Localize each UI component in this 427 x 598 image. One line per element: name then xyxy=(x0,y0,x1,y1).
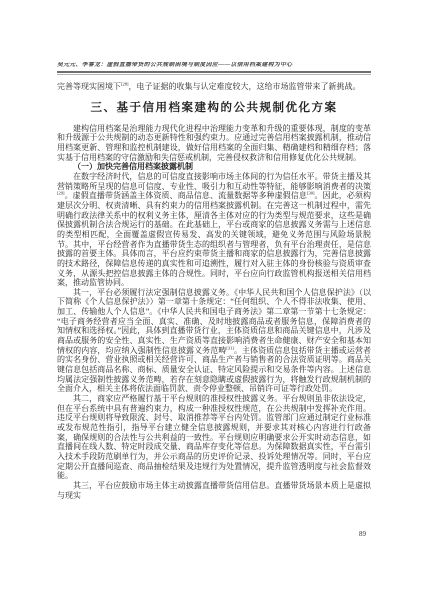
content-column: 吴元元、李睿龙：虚假直播带货的公共规制困境与制度因应——以信用档案建构为中心 完… xyxy=(57,62,371,500)
paragraph: 其二，商家应严格履行基于平台规则的准授权性披露义务。平台规则虽非依法设定，但在平… xyxy=(57,394,371,481)
document-page: 吴元元、李睿龙：虚假直播带货的公共规制困境与制度因应——以信用档案建构为中心 完… xyxy=(0,0,427,598)
header-rule-divider xyxy=(57,71,371,75)
paragraph: 建构信用档案是治理能力现代化进程中治理能力变革和升级的重要体现，制度的变革和升级… xyxy=(57,124,371,163)
page-number: 89 xyxy=(359,530,366,538)
paragraph: 其三，平台应鼓励市场主体主动披露直播带货信用信息。直播带货场景本质上是虚拟与现实 xyxy=(57,481,371,500)
citation-reference: [30] xyxy=(307,191,315,196)
citation-reference: [28] xyxy=(121,81,129,86)
paragraph-continuation: 完善等现实困境下[28]，电子证据的收集与认定难度较大，这给市场监管带来了新挑战… xyxy=(57,82,371,92)
citation-reference: [29] xyxy=(57,191,65,196)
paragraph: 其一，平台必须履行法定强制信息披露义务。《中华人民共和国个人信息保护法》（以下简… xyxy=(57,288,371,394)
section-title: 三、基于信用档案建构的公共规制优化方案 xyxy=(57,101,371,115)
subsection-heading: （一）加快完善信用档案披露机制 xyxy=(57,162,371,172)
running-header: 吴元元、李睿龙：虚假直播带货的公共规制困境与制度因应——以信用档案建构为中心 xyxy=(57,62,371,69)
paragraph: 在数字经济时代，信息的可信度直接影响市场主体间的行为信任水平。带货主播及其营销策… xyxy=(57,172,371,288)
citation-reference: [31] xyxy=(226,345,234,350)
